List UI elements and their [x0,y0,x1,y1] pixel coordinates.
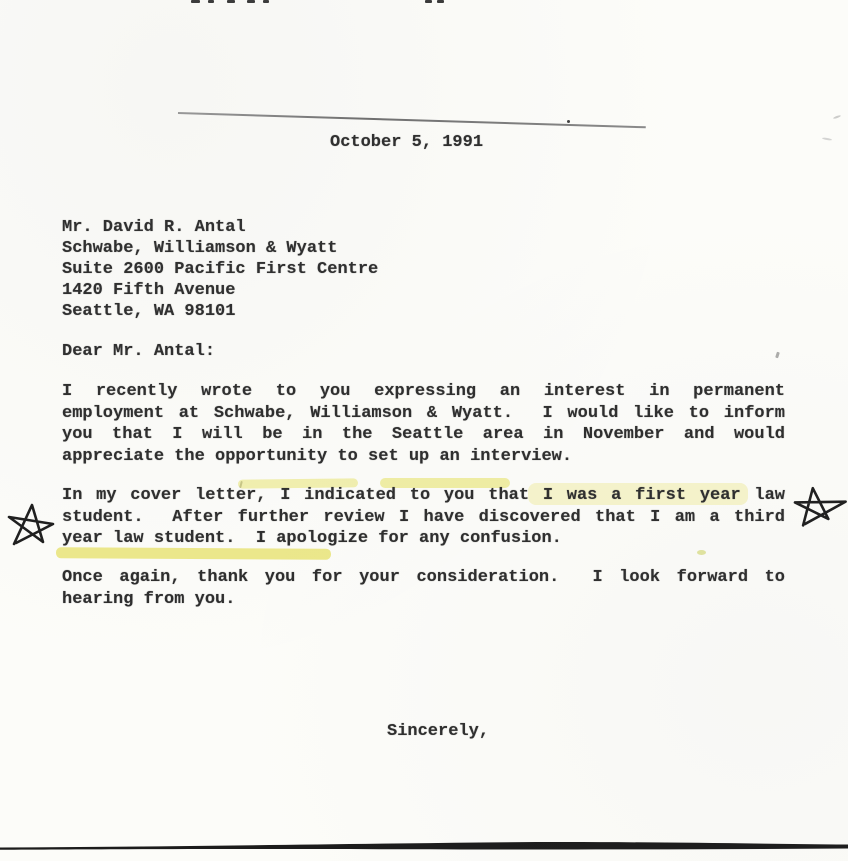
paragraph-1: I recently wrote to you expressing an in… [62,381,785,467]
letter-line: I recently wrote to you expressing an in… [62,381,785,403]
letter-line: Suite 2600 Pacific First Centre [62,259,378,280]
letter-line: student. After further review I have dis… [62,507,785,529]
letter-line: In my cover letter, I indicated to you t… [62,485,785,507]
letter-line: Schwabe, Williamson & Wyatt [62,238,378,259]
scan-speck [567,120,570,123]
cutoff-mark [437,0,444,3]
cutoff-mark [263,0,269,3]
cutoff-mark [247,0,255,3]
scan-speck [775,352,780,359]
scan-speck [833,115,841,120]
letter-line: employment at Schwabe, Williamson & Wyat… [62,403,785,425]
letter-date: October 5, 1991 [330,132,483,154]
paragraph-3: Once again, thank you for your considera… [62,567,785,610]
paragraph-2-highlighted: In my cover letter, I indicated to you t… [62,485,785,550]
star-annotation-left-icon [6,500,56,550]
cutoff-mark [425,0,432,3]
letter-line: Seattle, WA 98101 [62,301,378,322]
cutoff-mark [208,0,214,3]
letter-line: appreciate the opportunity to set up an … [62,446,785,468]
cutoff-mark [191,0,200,3]
letter-line: Mr. David R. Antal [62,217,378,238]
letter-line: you that I will be in the Seattle area i… [62,424,785,446]
scanned-letter-page: October 5, 1991 Mr. David R. AntalSchwab… [0,0,848,861]
star-annotation-right-icon [791,480,848,533]
recipient-address-block: Mr. David R. AntalSchwabe, Williamson & … [62,217,378,322]
scan-speck [822,137,832,141]
letter-line: Once again, thank you for your considera… [62,567,785,589]
scan-speck [697,550,706,555]
letter-line: hearing from you. [62,589,785,611]
letter-line: 1420 Fifth Avenue [62,280,378,301]
cutoff-mark [227,0,235,3]
horizontal-rule [178,112,646,128]
closing-sincerely: Sincerely, [387,721,489,743]
salutation: Dear Mr. Antal: [62,341,215,363]
letter-line: year law student. I apologize for any co… [62,528,785,550]
scanner-bottom-edge [0,838,848,861]
